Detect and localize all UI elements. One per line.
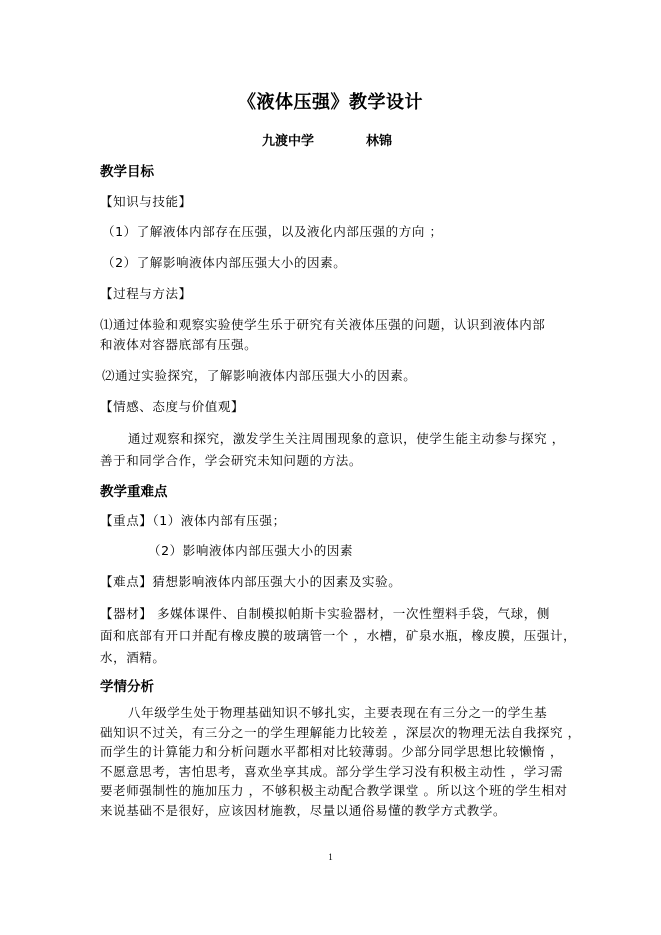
difficulty-label: 【难点】 xyxy=(100,574,152,589)
document-title: 《液体压强》教学设计 xyxy=(0,88,661,114)
heading-objectives: 教学目标 xyxy=(100,160,154,180)
school-name: 九渡中学 xyxy=(262,130,314,149)
equipment-paragraph: 【器材】 多媒体课件、自制模拟帕斯卡实验器材，一次性塑料手袋，气球，侧 面和底部… xyxy=(100,603,566,669)
label-emotion-values: 【情感、态度与价值观】 xyxy=(100,397,244,415)
equipment-line-1-text: 多媒体课件、自制模拟帕斯卡实验器材，一次性塑料手袋，气球，侧 xyxy=(152,606,550,621)
analysis-line-1: 八年级学生处于物理基础知识不够扎实，主要表现在有三分之一的学生基 xyxy=(100,703,566,723)
analysis-line-2: 础知识不过关，有三分之一的学生理解能力比较差 ，深层次的物理无法自我探究 ， xyxy=(100,723,566,743)
emotion-line-2: 善于和同学合作，学会研究未知问题的方法。 xyxy=(100,450,566,472)
focus-row-1: 【重点】（1）液体内部有压强； xyxy=(100,511,286,529)
process-item-1-line-1: ⑴通过体验和观察实验使学生乐于研究有关液体压强的问题，认识到液体内部 xyxy=(100,315,566,335)
heading-key-points: 教学重难点 xyxy=(100,480,168,500)
heading-student-analysis: 学情分析 xyxy=(100,675,154,695)
process-item-1-line-2: 和液体对容器底部有压强。 xyxy=(100,335,566,355)
label-knowledge-skills: 【知识与技能】 xyxy=(100,192,192,210)
analysis-line-3: 而学生的计算能力和分析问题水平都相对比较薄弱。少部分同学思想比较懒惰 ， xyxy=(100,742,566,762)
process-item-2: ⑵通过实验探究，了解影响液体内部压强大小的因素。 xyxy=(102,366,416,384)
focus-item-1: （1）液体内部有压强； xyxy=(152,513,285,528)
author-name: 林锦 xyxy=(366,130,392,149)
label-process-methods: 【过程与方法】 xyxy=(100,284,192,302)
emotion-line-1: 通过观察和探究，激发学生关注周围现象的意识，使学生能主动参与探究 ， xyxy=(100,428,566,450)
emotion-paragraph: 通过观察和探究，激发学生关注周围现象的意识，使学生能主动参与探究 ， 善于和同学… xyxy=(100,428,566,472)
difficulty-text: 猜想影响液体内部压强大小的因素及实验。 xyxy=(152,574,401,589)
equipment-line-2: 面和底部有开口并配有橡皮膜的玻璃管一个 ，水槽，矿泉水瓶，橡皮膜，压强计， xyxy=(100,625,566,647)
page-number: 1 xyxy=(0,852,661,862)
analysis-line-4: 不愿意思考，害怕思考，喜欢坐享其成。部分学生学习没有积极主动性 ，学习需 xyxy=(100,762,566,782)
objective-item-1: （1）了解液体内部存在压强，以及液化内部压强的方向 ； xyxy=(102,222,443,240)
focus-item-2: （2）影响液体内部压强大小的因素 xyxy=(148,541,353,559)
process-item-1: ⑴通过体验和观察实验使学生乐于研究有关液体压强的问题，认识到液体内部 和液体对容… xyxy=(100,315,566,355)
objective-item-2: （2）了解影响液体内部压强大小的因素。 xyxy=(102,253,346,271)
analysis-line-5: 要老师强制性的施加压力 ，不够积极主动配合教学课堂 。所以这个班的学生相对 xyxy=(100,781,566,801)
equipment-line-1: 【器材】 多媒体课件、自制模拟帕斯卡实验器材，一次性塑料手袋，气球，侧 xyxy=(100,603,566,625)
analysis-line-6: 来说基础不是很好，应该因材施教，尽量以通俗易懂的教学方式教学。 xyxy=(100,801,566,821)
equipment-label: 【器材】 xyxy=(100,606,152,621)
focus-label: 【重点】 xyxy=(100,513,152,528)
student-analysis-paragraph: 八年级学生处于物理基础知识不够扎实，主要表现在有三分之一的学生基 础知识不过关，… xyxy=(100,703,566,820)
difficulty-row: 【难点】猜想影响液体内部压强大小的因素及实验。 xyxy=(100,572,401,590)
document-page: 《液体压强》教学设计 九渡中学 林锦 教学目标 【知识与技能】 （1）了解液体内… xyxy=(0,0,661,935)
equipment-line-3: 水，酒精。 xyxy=(100,647,566,669)
